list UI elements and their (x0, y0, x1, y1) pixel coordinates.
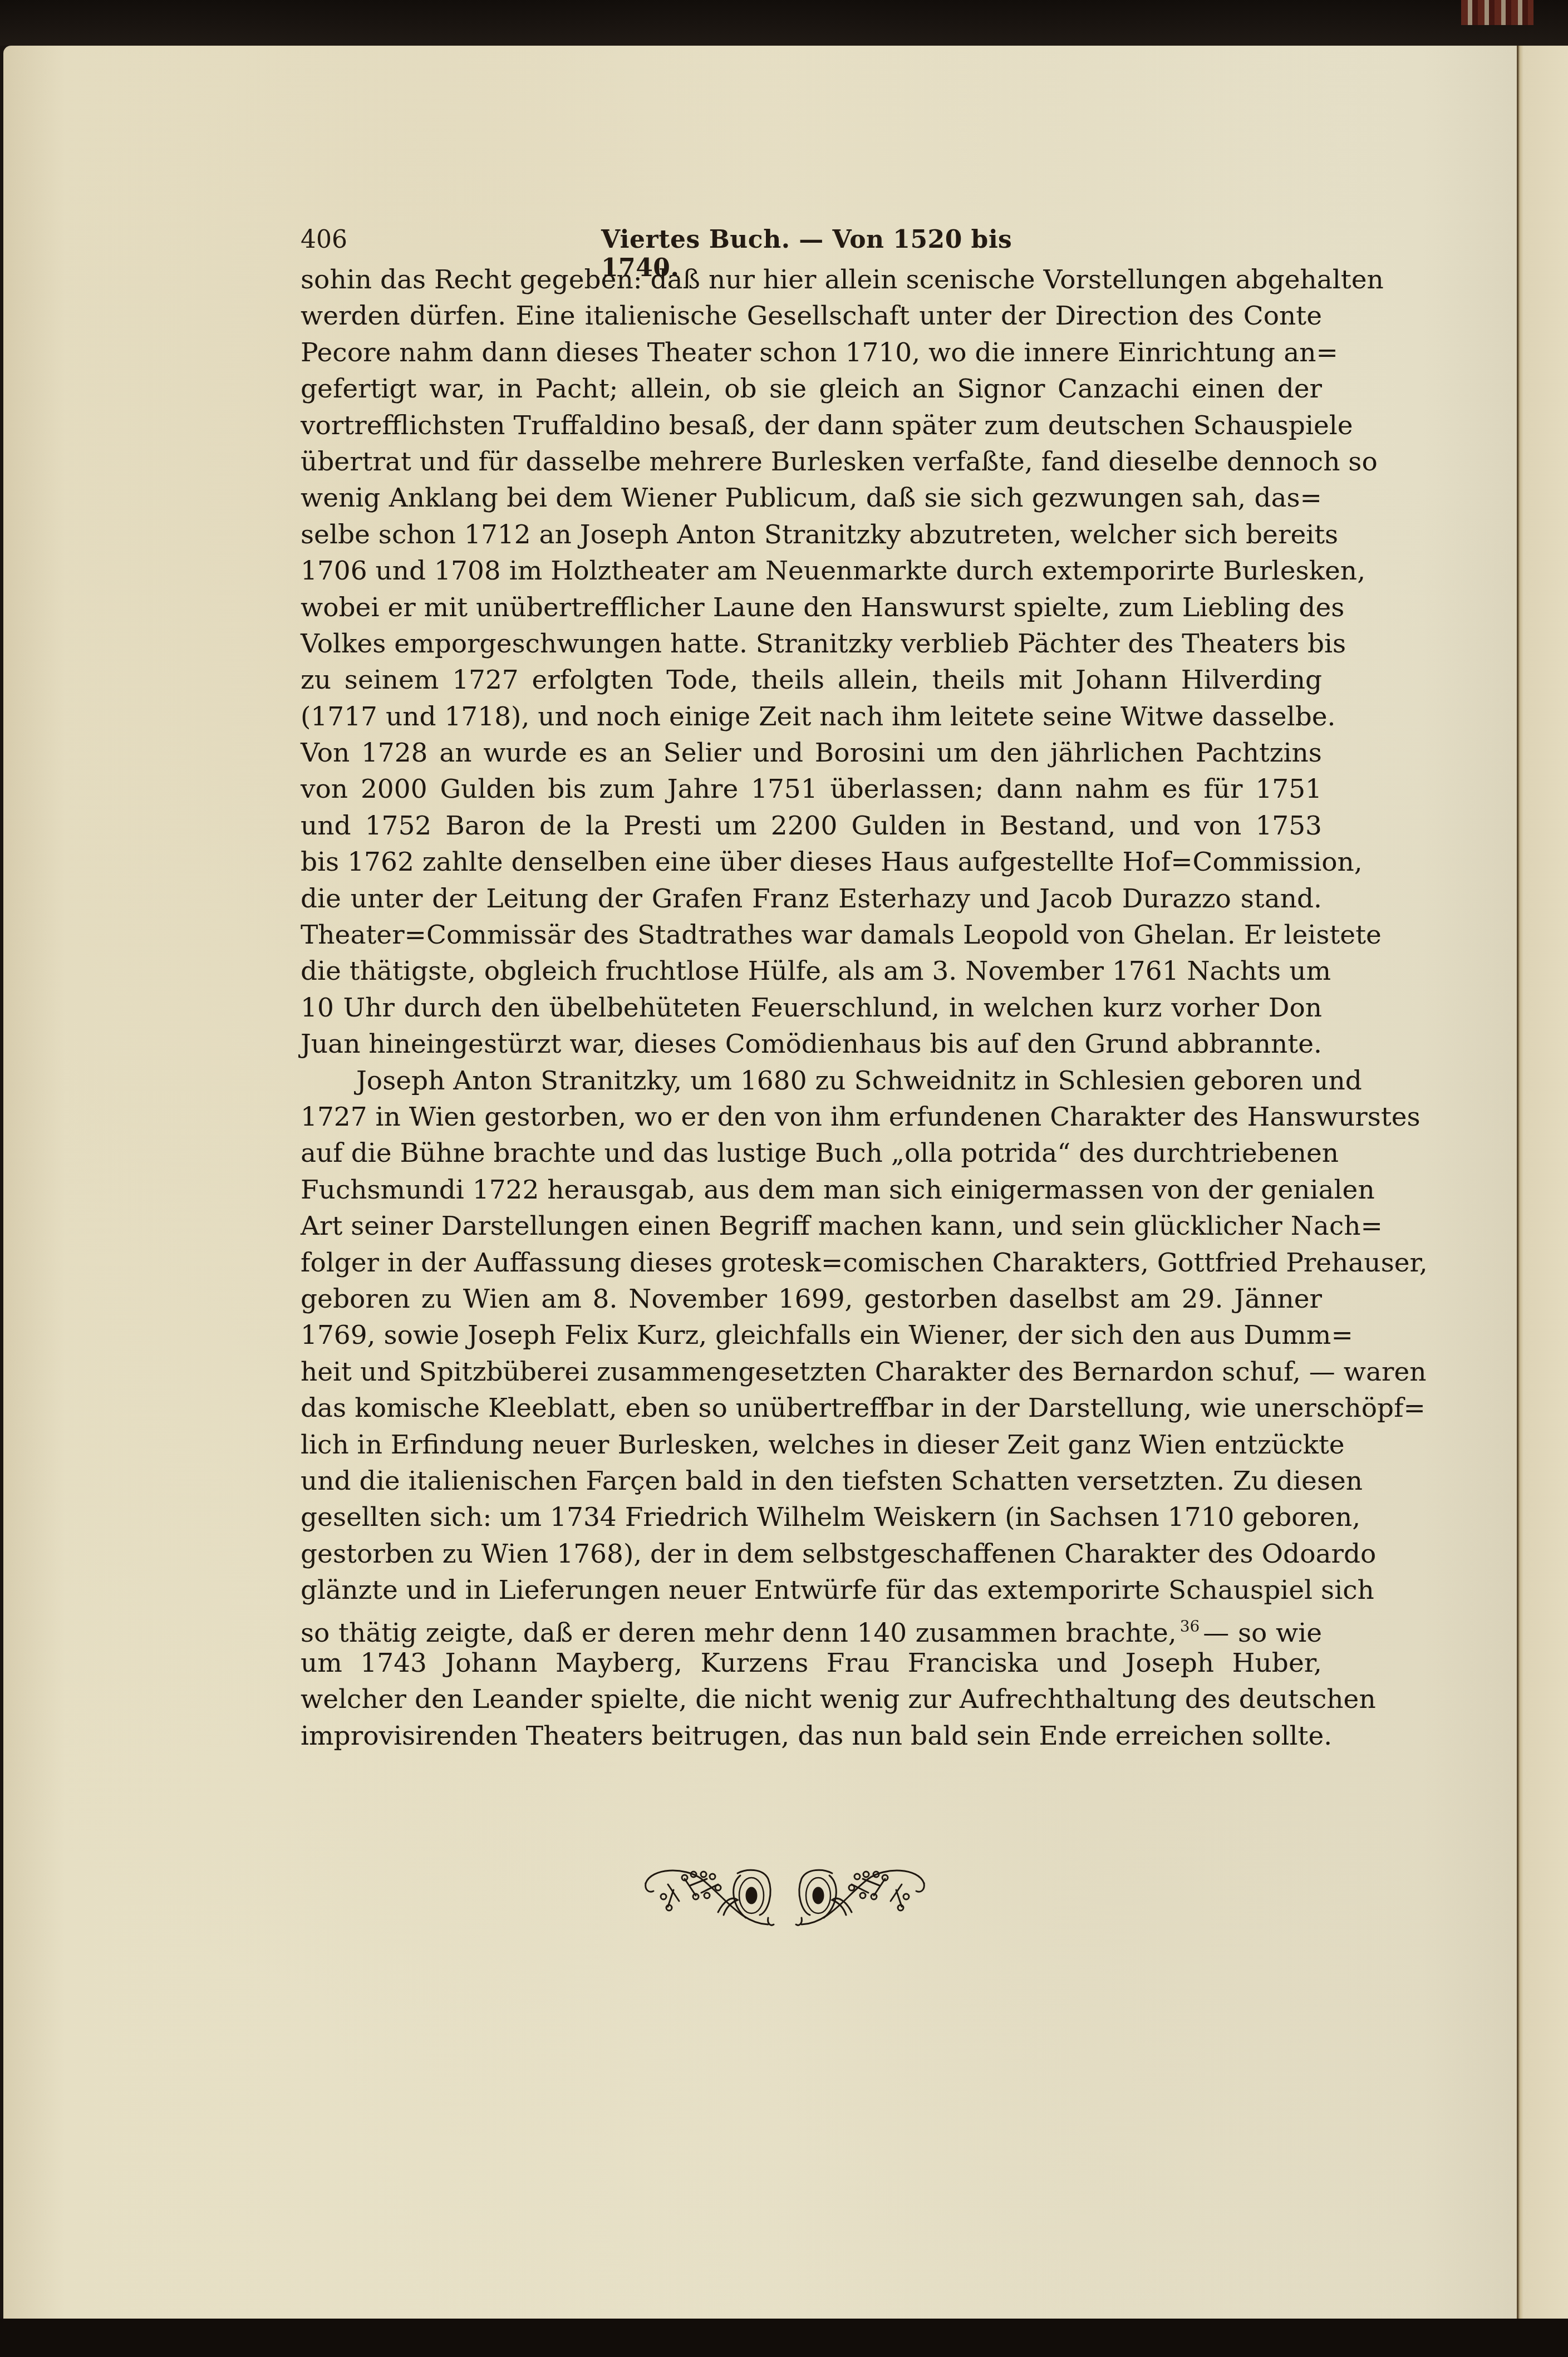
paragraph-1: sohin das Recht gegeben: daß nur hier al… (301, 262, 1322, 1063)
text-line: wenig Anklang bei dem Wiener Publicum, d… (301, 480, 1322, 516)
text-line: Theater=Commissär des Stadtrathes war da… (301, 917, 1322, 953)
text-line: gestorben zu Wien 1768), der in dem selb… (301, 1536, 1322, 1572)
body-text: sohin das Recht gegeben: daß nur hier al… (301, 262, 1322, 1754)
text-fragment: so thätig zeigte, daß er deren mehr denn… (301, 1618, 1177, 1648)
book-binding-top (0, 0, 1568, 46)
text-line: welcher den Leander spielte, die nicht w… (301, 1681, 1322, 1717)
text-line: sohin das Recht gegeben: daß nur hier al… (301, 262, 1322, 298)
text-line: bis 1762 zahlte denselben eine über dies… (301, 844, 1322, 880)
text-line: glänzte und in Lieferungen neuer Entwürf… (301, 1572, 1322, 1608)
page-number: 406 (301, 225, 347, 254)
text-line: die unter der Leitung der Grafen Franz E… (301, 881, 1322, 917)
text-line: Art seiner Darstellungen einen Begriff m… (301, 1208, 1322, 1244)
text-line: und 1752 Baron de la Presti um 2200 Guld… (301, 808, 1322, 844)
text-line: werden dürfen. Eine italienische Gesells… (301, 298, 1322, 334)
text-line: 1727 in Wien gestorben, wo er den von ih… (301, 1099, 1322, 1135)
text-line: übertrat und für dasselbe mehrere Burles… (301, 444, 1322, 480)
text-line: Pecore nahm dann dieses Theater schon 17… (301, 335, 1322, 371)
text-line: von 2000 Gulden bis zum Jahre 1751 überl… (301, 771, 1322, 807)
text-line: Fuchsmundi 1722 herausgab, aus dem man s… (301, 1172, 1322, 1208)
text-line: Juan hineingestürzt war, dieses Comödien… (301, 1026, 1322, 1062)
text-line: improvisirenden Theaters beitrugen, das … (301, 1718, 1322, 1754)
text-line: geboren zu Wien am 8. November 1699, ges… (301, 1281, 1322, 1317)
text-line: und die italienischen Farçen bald in den… (301, 1463, 1322, 1499)
text-line: Von 1728 an wurde es an Selier und Boros… (301, 735, 1322, 771)
gutter-fold (1517, 46, 1518, 2322)
text-line: (1717 und 1718), und noch einige Zeit na… (301, 699, 1322, 735)
floral-tailpiece-ornament-icon (635, 1862, 935, 1934)
running-header: 406 Viertes Buch. — Von 1520 bis 1740. (301, 225, 1085, 259)
text-line: wobei er mit unübertrefflicher Laune den… (301, 590, 1322, 626)
text-line: auf die Bühne brachte und das lustige Bu… (301, 1135, 1322, 1171)
book-binding-bottom (0, 2319, 1568, 2357)
footnote-marker[interactable]: 36 (1180, 1617, 1200, 1636)
text-line: 1769, sowie Joseph Felix Kurz, gleichfal… (301, 1317, 1322, 1353)
text-line: gesellten sich: um 1734 Friedrich Wilhel… (301, 1499, 1322, 1535)
footnote-line: so thätig zeigte, daß er deren mehr denn… (301, 1608, 1322, 1644)
text-line: lich in Erfindung neuer Burlesken, welch… (301, 1427, 1322, 1463)
text-line: das komische Kleeblatt, eben so unübertr… (301, 1390, 1322, 1426)
facing-page-edge (1518, 46, 1568, 2322)
text-line: zu seinem 1727 erfolgten Tode, theils al… (301, 662, 1322, 698)
text-line: vortrefflichsten Truffaldino besaß, der … (301, 407, 1322, 444)
headband-ribbon (1461, 0, 1533, 25)
text-line: folger in der Auffassung dieses grotesk=… (301, 1245, 1322, 1281)
text-line: die thätigste, obgleich fruchtlose Hülfe… (301, 953, 1322, 989)
text-line: 10 Uhr durch den übelbehüteten Feuerschl… (301, 990, 1322, 1026)
paragraph-2: Joseph Anton Stranitzky, um 1680 zu Schw… (301, 1063, 1322, 1754)
text-line: gefertigt war, in Pacht; allein, ob sie … (301, 371, 1322, 407)
text-line: um 1743 Johann Mayberg, Kurzens Frau Fra… (301, 1645, 1322, 1681)
text-fragment: — so wie (1203, 1618, 1322, 1648)
text-line: Volkes emporgeschwungen hatte. Stranitzk… (301, 626, 1322, 662)
text-line: Joseph Anton Stranitzky, um 1680 zu Schw… (301, 1063, 1322, 1099)
text-line: selbe schon 1712 an Joseph Anton Stranit… (301, 517, 1322, 553)
text-line: 1706 und 1708 im Holztheater am Neuenmar… (301, 553, 1322, 589)
text-line: heit und Spitzbüberei zusammengesetzten … (301, 1354, 1322, 1390)
